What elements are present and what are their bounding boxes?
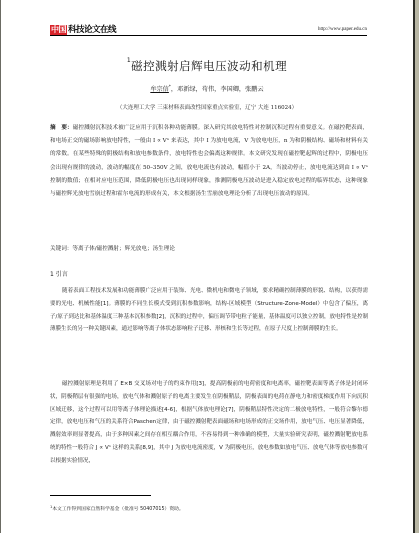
abstract-label: 摘 要： <box>50 125 73 131</box>
first-author: 牟宗信 <box>150 86 169 93</box>
header-divider <box>50 35 367 36</box>
abstract-text: 磁控溅射沉积技术被广泛应用于沉积各种功能薄膜。深入研究其放电特性对控制沉积过程有… <box>50 125 368 197</box>
footnote-text: 本文工作得到国家自然科学基金（批准号 50407015）资助。 <box>52 507 183 512</box>
header-url: http://www.paper.edu.cn <box>318 27 367 32</box>
abstract: 摘 要：磁控溅射沉积技术被广泛应用于沉积各种功能薄膜。深入研究其放电特性对控制沉… <box>50 122 368 201</box>
logo-red-text: 中国 <box>50 25 67 35</box>
site-logo: 中国 科技论文在线 <box>50 25 116 35</box>
section-heading: 1 引言 <box>50 269 68 278</box>
intro-paragraph-1: 随着表面工程技术发展和功能薄膜广泛应用于装饰、光电、微机电和微电子领域，要求精确… <box>50 285 368 336</box>
document-page: 中国 科技论文在线 http://www.paper.edu.cn 1磁控溅射启… <box>1 0 413 533</box>
keywords-text: 等离子体/磁控溅射；辉光放电；汤生理论 <box>72 246 175 252</box>
keywords-label: 关键词： <box>50 246 72 252</box>
author-list: 牟宗信*，邓新绿，苟伟，李国卿，张鹏云 <box>1 84 413 93</box>
keywords: 关键词：等离子体/磁控溅射；辉光放电；汤生理论 <box>50 243 368 256</box>
window-frame-strip <box>415 0 419 533</box>
intro-paragraph-2: 磁控溅射原理是利用了 E×B 交叉场对电子的约束作用[3]，提高阴极前的电荷密度… <box>50 378 368 468</box>
logo-black-text: 科技论文在线 <box>68 25 116 35</box>
affiliation: （大连理工大学 三束材料表面改性国家重点实验室，辽宁 大连 116024） <box>1 103 413 111</box>
footnote: 1本文工作得到国家自然科学基金（批准号 50407015）资助。 <box>50 505 184 512</box>
footnote-divider <box>50 495 151 496</box>
other-authors: ，邓新绿，苟伟，李国卿，张鹏云 <box>171 86 264 93</box>
paper-title: 1磁控溅射启辉电压波动和机理 <box>1 58 413 74</box>
title-text: 磁控溅射启辉电压波动和机理 <box>131 59 287 73</box>
title-footnote-marker: 1 <box>127 57 131 64</box>
